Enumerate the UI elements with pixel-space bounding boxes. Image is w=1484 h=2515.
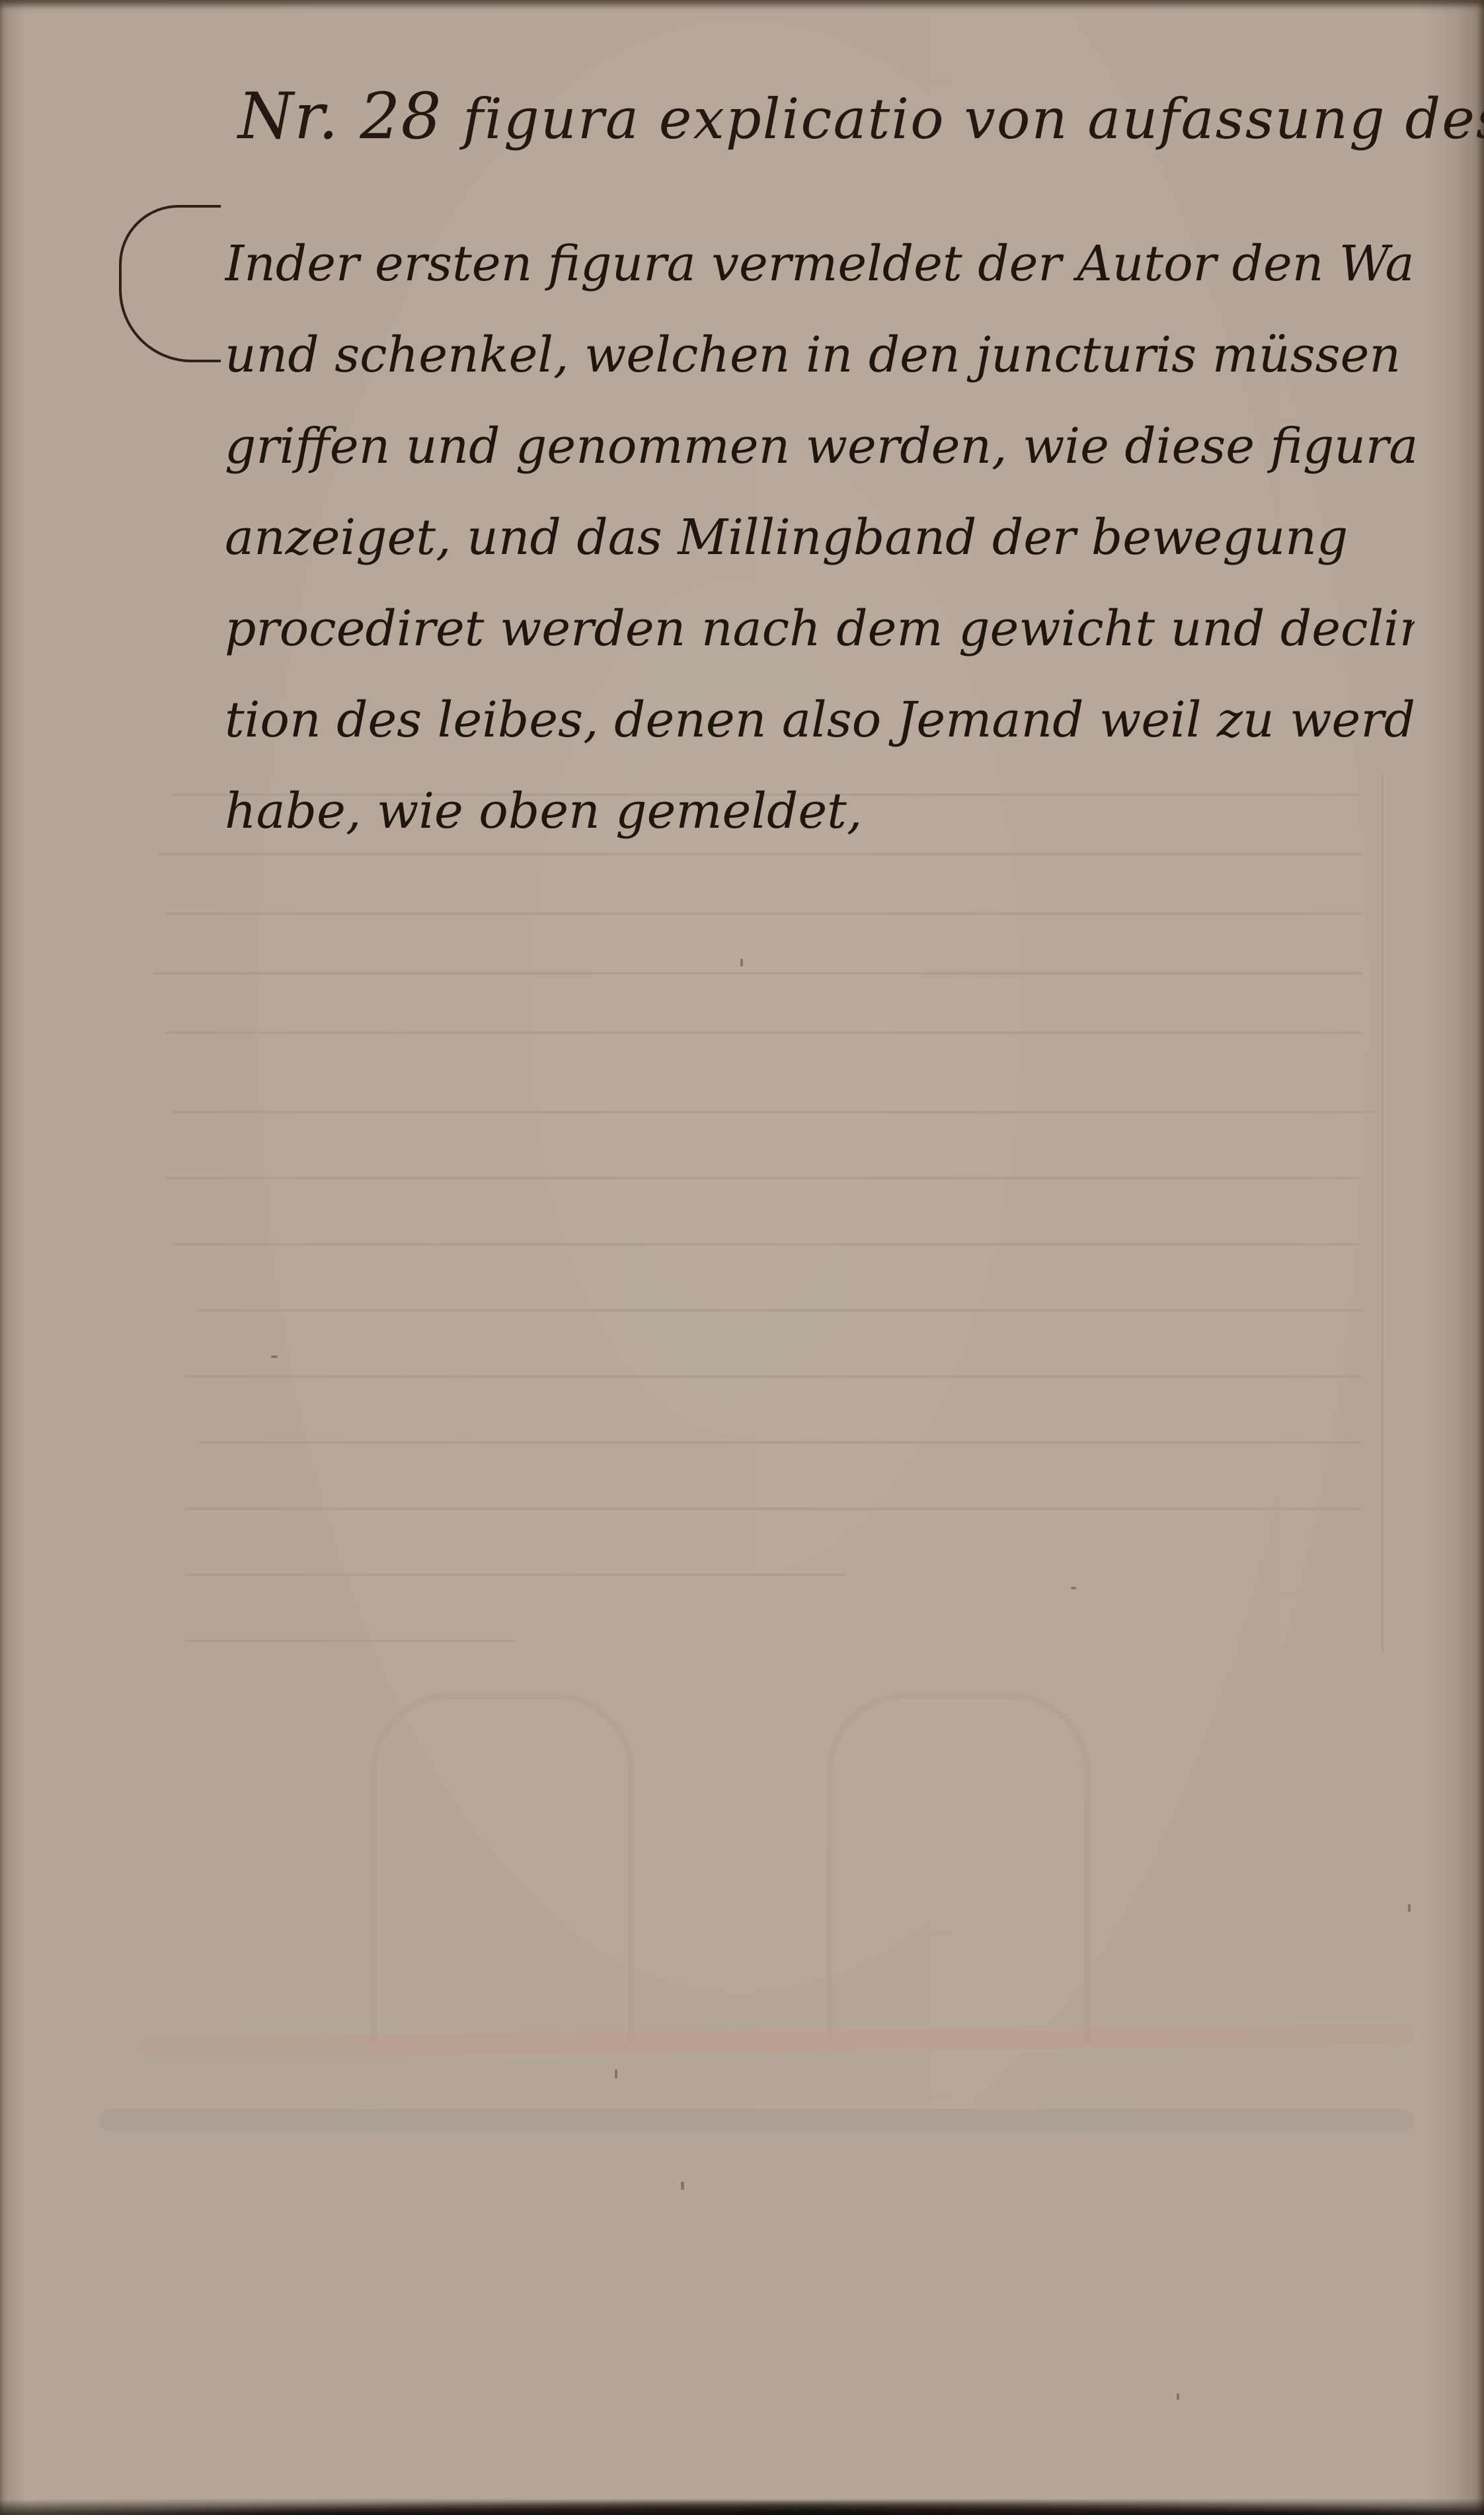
body-line: und schenkel, welchen in den juncturis m… (225, 309, 1415, 401)
paper-speck (1408, 1904, 1411, 1912)
body-line: griffen und genommen werden, wie diese f… (225, 401, 1415, 492)
bleed-through-line (172, 1243, 1362, 1246)
paper-speck (740, 959, 743, 967)
bleed-through-line (185, 1507, 1362, 1510)
bleed-through-line (185, 1375, 1362, 1378)
body-paragraph: Inder ersten figura vermeldet der Autor … (225, 218, 1415, 857)
heading: Nr. 28 figura explicatio von aufassung d… (238, 79, 1441, 153)
paper-speck (681, 2182, 684, 2190)
paper-speck (1177, 2393, 1179, 2400)
paper-speck (271, 1355, 278, 1358)
page-bottom-edge (0, 2495, 1484, 2515)
heading-prefix: Nr. (238, 79, 339, 153)
bleed-through-line (152, 972, 1362, 975)
paper-stain (139, 2023, 1415, 2059)
bleed-through-line (198, 1441, 1362, 1444)
body-line: tion des leibes, denen also Jemand weil … (225, 674, 1415, 766)
bleed-through-line (185, 1574, 846, 1576)
bleed-through-figure (826, 1693, 1091, 2043)
body-line: habe, wie oben gemeldet, (225, 766, 1415, 857)
bleed-through-line (165, 1031, 1362, 1034)
bleed-through-line (165, 1177, 1362, 1179)
body-line: procediret werden nach dem gewicht und d… (225, 583, 1415, 674)
body-line: anzeiget, und das Millingband der bewegu… (225, 492, 1415, 583)
paper-stain (99, 2109, 1415, 2132)
paper-speck (1071, 1587, 1076, 1589)
bleed-through-line (185, 1640, 516, 1642)
bleed-through-line (165, 912, 1362, 915)
bleed-through-line (172, 1111, 1375, 1113)
bleed-through-figure (370, 1693, 635, 2043)
bleed-through-line (198, 1309, 1362, 1312)
manuscript-page: Nr. 28 figura explicatio von aufassung d… (0, 0, 1484, 2515)
paper-speck (615, 2069, 617, 2079)
heading-number: 28 (360, 79, 442, 153)
initial-flourish-icon (119, 205, 221, 362)
bleed-through-frame (152, 774, 1384, 1653)
body-line: Inder ersten figura vermeldet der Autor … (225, 218, 1415, 309)
heading-text: figura explicatio von aufassung des Wamb… (463, 87, 1484, 151)
